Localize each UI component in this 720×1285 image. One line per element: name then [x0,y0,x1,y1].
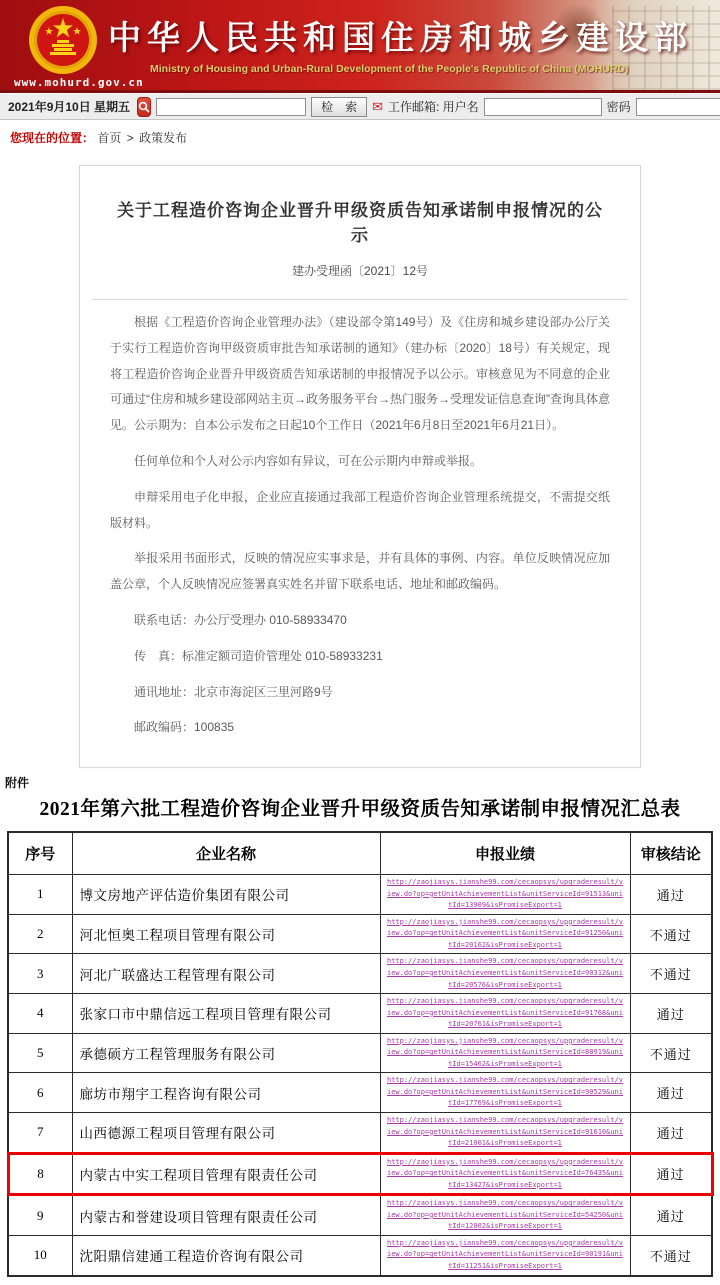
performance-link[interactable]: http://zaojiasys.jianshe99.com/cecaopsys… [386,996,625,1031]
performance-link[interactable]: http://zaojiasys.jianshe99.com/cecaopsys… [386,1157,625,1192]
table-title: 2021年第六批工程造价咨询企业晋升甲级资质告知承诺制申报情况汇总表 [0,793,720,821]
notice-doc-number: 建办受理函〔2021〕12号 [110,262,610,279]
company-name: 内蒙古和誉建设项目管理有限责任公司 [72,1195,380,1236]
notice-paragraph: 根据《工程造价咨询企业管理办法》（建设部令第149号）及《住房和城乡建设部办公厅… [110,310,610,439]
top-toolbar: 2021年9月10日 星期五 检 索 ✉ 工作邮箱: 用户名 密码 登录 设为首… [0,93,720,120]
notice-title: 关于工程造价咨询企业晋升甲级资质告知承诺制申报情况的公示 [110,196,610,246]
breadcrumb-separator: > [127,131,134,145]
performance-link[interactable]: http://zaojiasys.jianshe99.com/cecaopsys… [386,1115,625,1150]
company-name: 廊坊市翔宇工程咨询有限公司 [72,1073,380,1113]
col-header-result: 审核结论 [630,832,712,875]
table-row: 5 承德硕方工程管理服务有限公司 http://zaojiasys.jiansh… [8,1033,712,1073]
search-icon[interactable] [137,97,151,117]
site-title: 中华人民共和国住房和城乡建设部 [108,12,668,59]
current-date: 2021年9月10日 星期五 [8,98,130,115]
performance-link[interactable]: http://zaojiasys.jianshe99.com/cecaopsys… [386,877,625,912]
performance-link[interactable]: http://zaojiasys.jianshe99.com/cecaopsys… [386,917,625,952]
table-row: 6 廊坊市翔宇工程咨询有限公司 http://zaojiasys.jianshe… [8,1073,712,1113]
review-result: 不通过 [630,954,712,994]
table-row: 10 沈阳鼎信建通工程造价咨询有限公司 http://zaojiasys.jia… [8,1235,712,1275]
notice-paragraph: 任何单位和个人对公示内容如有异议，可在公示期内申辩或举报。 [110,449,610,475]
mail-icon: ✉ [372,99,383,115]
breadcrumb: 您现在的位置： 首页 > 政策发布 [0,120,720,153]
row-index: 2 [8,914,72,954]
company-name: 沈阳鼎信建通工程造价咨询有限公司 [72,1235,380,1275]
table-row: 4 张家口市中鼎信远工程项目管理有限公司 http://zaojiasys.ji… [8,994,712,1034]
contact-fax: 传 真：标准定额司造价管理处 010-58933231 [110,644,610,670]
row-index: 8 [8,1153,72,1195]
row-index: 1 [8,875,72,915]
review-result: 不通过 [630,1235,712,1275]
notice-paragraph: 申辩采用电子化申报，企业应直接通过我部工程造价咨询企业管理系统提交，不需提交纸版… [110,485,610,537]
company-name: 山西德源工程项目管理有限公司 [72,1113,380,1154]
table-header-row: 序号 企业名称 申报业绩 审核结论 [8,832,712,875]
site-subtitle-en: Ministry of Housing and Urban-Rural Deve… [150,63,629,75]
company-name: 承德硕方工程管理服务有限公司 [72,1033,380,1073]
row-index: 3 [8,954,72,994]
company-name: 张家口市中鼎信远工程项目管理有限公司 [72,994,380,1034]
company-name: 博文房地产评估造价集团有限公司 [72,875,380,915]
review-result: 通过 [630,875,712,915]
table-row: 2 河北恒奥工程项目管理有限公司 http://zaojiasys.jiansh… [8,914,712,954]
row-index: 9 [8,1195,72,1236]
review-result: 通过 [630,1153,712,1195]
performance-link[interactable]: http://zaojiasys.jianshe99.com/cecaopsys… [386,1036,625,1071]
password-label: 密码 [607,98,631,115]
password-input[interactable] [636,98,720,116]
review-result: 不通过 [630,1033,712,1073]
breadcrumb-section-link[interactable]: 政策发布 [139,131,187,145]
performance-link[interactable]: http://zaojiasys.jianshe99.com/cecaopsys… [386,1238,625,1273]
review-result: 通过 [630,994,712,1034]
review-result: 通过 [630,1195,712,1236]
mail-username-label: 工作邮箱: 用户名 [388,98,479,115]
breadcrumb-home-link[interactable]: 首页 [97,131,121,145]
table-row: 3 河北广联盛达工程管理有限公司 http://zaojiasys.jiansh… [8,954,712,994]
company-name: 河北广联盛达工程管理有限公司 [72,954,380,994]
col-header-performance: 申报业绩 [380,832,630,875]
col-header-index: 序号 [8,832,72,875]
row-index: 5 [8,1033,72,1073]
row-index: 10 [8,1235,72,1275]
table-row-highlighted: 8 内蒙古中实工程项目管理有限责任公司 http://zaojiasys.jia… [8,1153,712,1195]
site-url: www.mohurd.gov.cn [14,76,144,89]
review-result: 不通过 [630,914,712,954]
site-banner: www.mohurd.gov.cn 中华人民共和国住房和城乡建设部 Minist… [0,0,720,93]
row-index: 6 [8,1073,72,1113]
table-row: 9 内蒙古和誉建设项目管理有限责任公司 http://zaojiasys.jia… [8,1195,712,1236]
col-header-company: 企业名称 [72,832,380,875]
review-result: 通过 [630,1113,712,1154]
performance-link[interactable]: http://zaojiasys.jianshe99.com/cecaopsys… [386,1198,625,1233]
notice-paragraph: 举报采用书面形式，反映的情况应实事求是，并有具体的事例、内容。单位反映情况应加盖… [110,546,610,598]
table-row: 7 山西德源工程项目管理有限公司 http://zaojiasys.jiansh… [8,1113,712,1154]
company-name: 内蒙古中实工程项目管理有限责任公司 [72,1153,380,1195]
notice-panel: 关于工程造价咨询企业晋升甲级资质告知承诺制申报情况的公示 建办受理函〔2021〕… [79,165,641,768]
national-emblem-icon [26,4,100,78]
attachment-label: 附件 [5,774,720,791]
report-table: 序号 企业名称 申报业绩 审核结论 1 博文房地产评估造价集团有限公司 http… [7,831,714,1276]
search-input[interactable] [156,98,306,116]
row-index: 4 [8,994,72,1034]
username-input[interactable] [484,98,602,116]
search-button[interactable]: 检 索 [311,97,367,117]
contact-address: 通讯地址：北京市海淀区三里河路9号 [110,680,610,706]
table-row: 1 博文房地产评估造价集团有限公司 http://zaojiasys.jians… [8,875,712,915]
performance-link[interactable]: http://zaojiasys.jianshe99.com/cecaopsys… [386,1075,625,1110]
contact-postcode: 邮政编码：100835 [110,715,610,741]
row-index: 7 [8,1113,72,1154]
contact-phone: 联系电话：办公厅受理办 010-58933470 [110,608,610,634]
review-result: 通过 [630,1073,712,1113]
company-name: 河北恒奥工程项目管理有限公司 [72,914,380,954]
divider [92,299,628,300]
breadcrumb-label: 您现在的位置： [10,131,94,145]
performance-link[interactable]: http://zaojiasys.jianshe99.com/cecaopsys… [386,956,625,991]
